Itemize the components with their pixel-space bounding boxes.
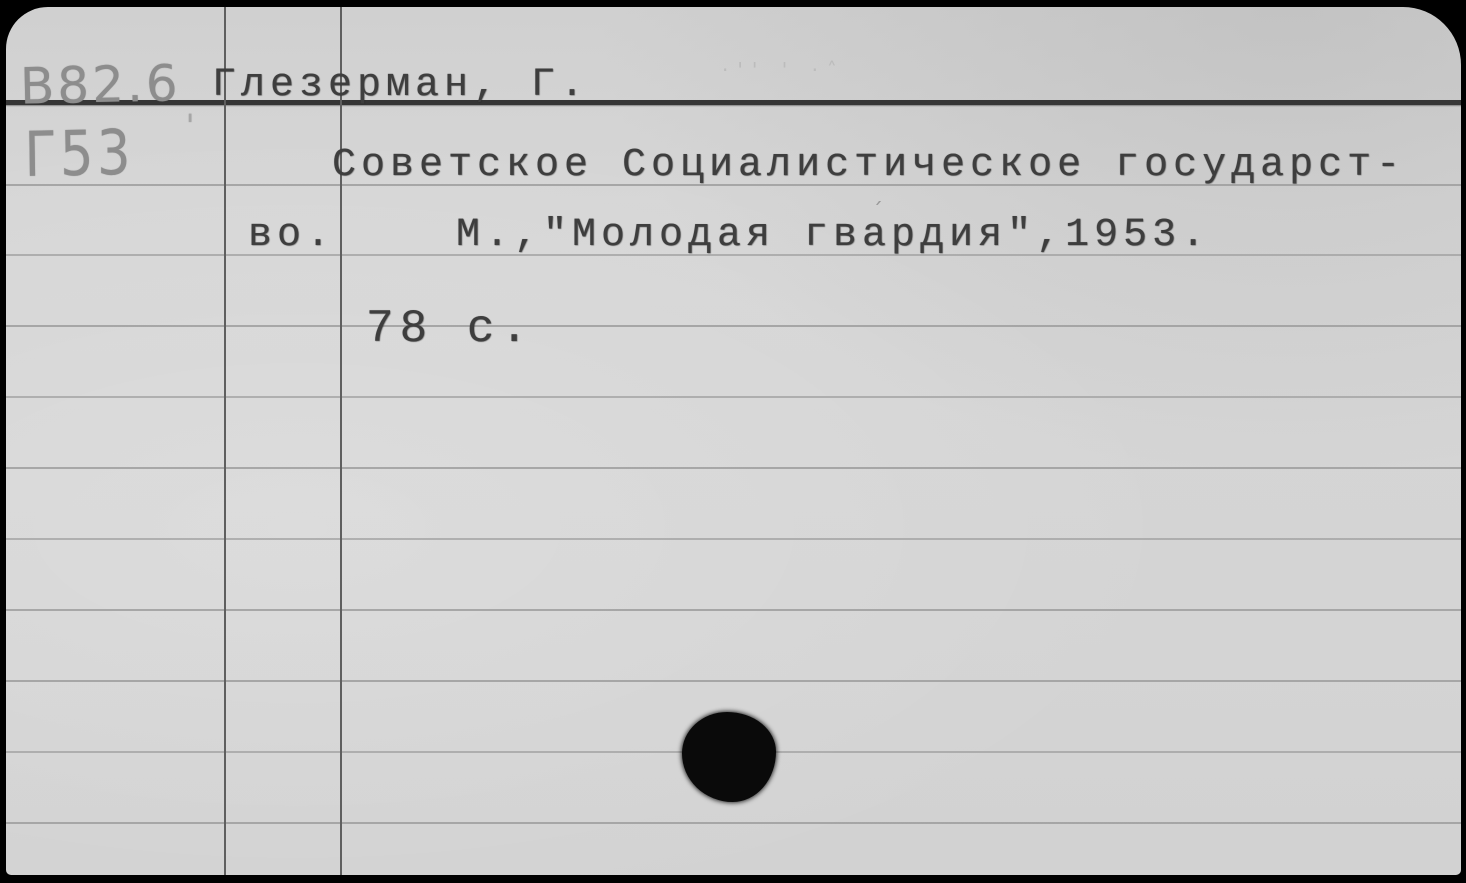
pagination-line: 78 с. [366, 306, 534, 352]
pencil-tick-mark: ' [186, 112, 194, 142]
call-number-top: В82.6 [19, 58, 181, 111]
title-line-1: Советское Социалистическое государст- [332, 146, 1405, 186]
column-line-2 [340, 7, 342, 875]
call-number-bottom: Г53 [24, 122, 134, 186]
column-line-1 [224, 7, 226, 875]
catalog-card: В82.6 Г53 ' Глезерман, Г. Советское Соци… [6, 7, 1461, 875]
stray-accent-mark: ´ [872, 200, 883, 225]
punch-hole [682, 712, 776, 802]
scan-background: { "card": { "call_numbers": { "top": "В8… [0, 0, 1466, 883]
author-heading: Глезерман, Г. [212, 66, 589, 106]
pencil-smudge-marks: ·'' ' ·˄ [722, 58, 846, 82]
card-content: В82.6 Г53 ' Глезерман, Г. Советское Соци… [6, 7, 1461, 875]
title-line-2-hyphenated-prefix: во. [248, 216, 335, 256]
imprint-line: М.,"Молодая гвардия",1953. [456, 216, 1210, 256]
